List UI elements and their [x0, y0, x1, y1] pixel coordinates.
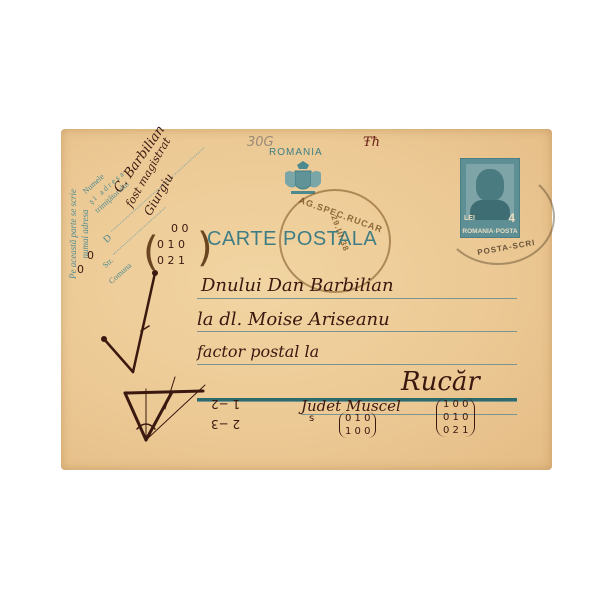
matrix-row: 1 0 0 — [345, 425, 370, 438]
matrix-row: 0 1 0 — [345, 412, 370, 425]
math-matrix-right-b: 1 0 0 0 1 0 0 2 1 — [436, 398, 475, 437]
matrix-row: 0 — [67, 249, 94, 263]
geometry-sketch-icon — [101, 269, 211, 449]
postmark-posta: POSTA-SCRI — [441, 169, 555, 265]
math-label-s: s — [309, 413, 314, 424]
math-upside-down-1: 2 −3 — [211, 417, 240, 431]
sender-label-str: Str. — [101, 256, 115, 270]
matrix-row: 0 2 1 — [157, 253, 189, 269]
recipient-city: Rucăr — [401, 367, 480, 397]
recipient-occupation: factor postal la — [197, 342, 319, 361]
address-line — [197, 364, 517, 365]
sender-label-d: D — [102, 233, 113, 245]
postcard: Numele şi adresa trimiţătorului D Str. C… — [61, 129, 552, 470]
math-matrix-top: 0 0 0 1 0 0 2 1 — [157, 221, 189, 269]
country-label: ROMANIA — [269, 147, 323, 158]
address-line — [197, 298, 517, 299]
math-paren: ) — [197, 225, 213, 271]
side-note-line1: Pe această parte se scrie — [67, 159, 79, 309]
address-side-note: Pe această parte se scrie numai adresa — [67, 159, 91, 309]
side-note-line2: numai adresa — [79, 159, 91, 309]
recipient-name: Dnului Dan Barbilian — [201, 275, 394, 296]
recipient-care-of: la dl. Moise Ariseanu — [197, 309, 390, 330]
matrix-row: 0 0 — [157, 221, 189, 237]
math-matrix-right-a: 0 1 0 1 0 0 — [339, 412, 376, 438]
math-upside-down-2: 1 −2 — [211, 397, 240, 411]
matrix-row: 1 0 0 — [443, 398, 468, 411]
matrix-row: 0 2 1 — [443, 424, 468, 437]
math-matrix-left: 0 0 — [67, 249, 94, 277]
matrix-row: 0 1 0 — [443, 411, 468, 424]
postmark-posta-text: POSTA-SCRI — [477, 238, 536, 257]
matrix-row: 0 1 0 — [157, 237, 189, 253]
red-scribble: Ŧħ — [363, 135, 380, 150]
address-line — [197, 331, 517, 332]
math-paren: ( — [143, 229, 159, 275]
matrix-row: 0 — [67, 263, 94, 277]
